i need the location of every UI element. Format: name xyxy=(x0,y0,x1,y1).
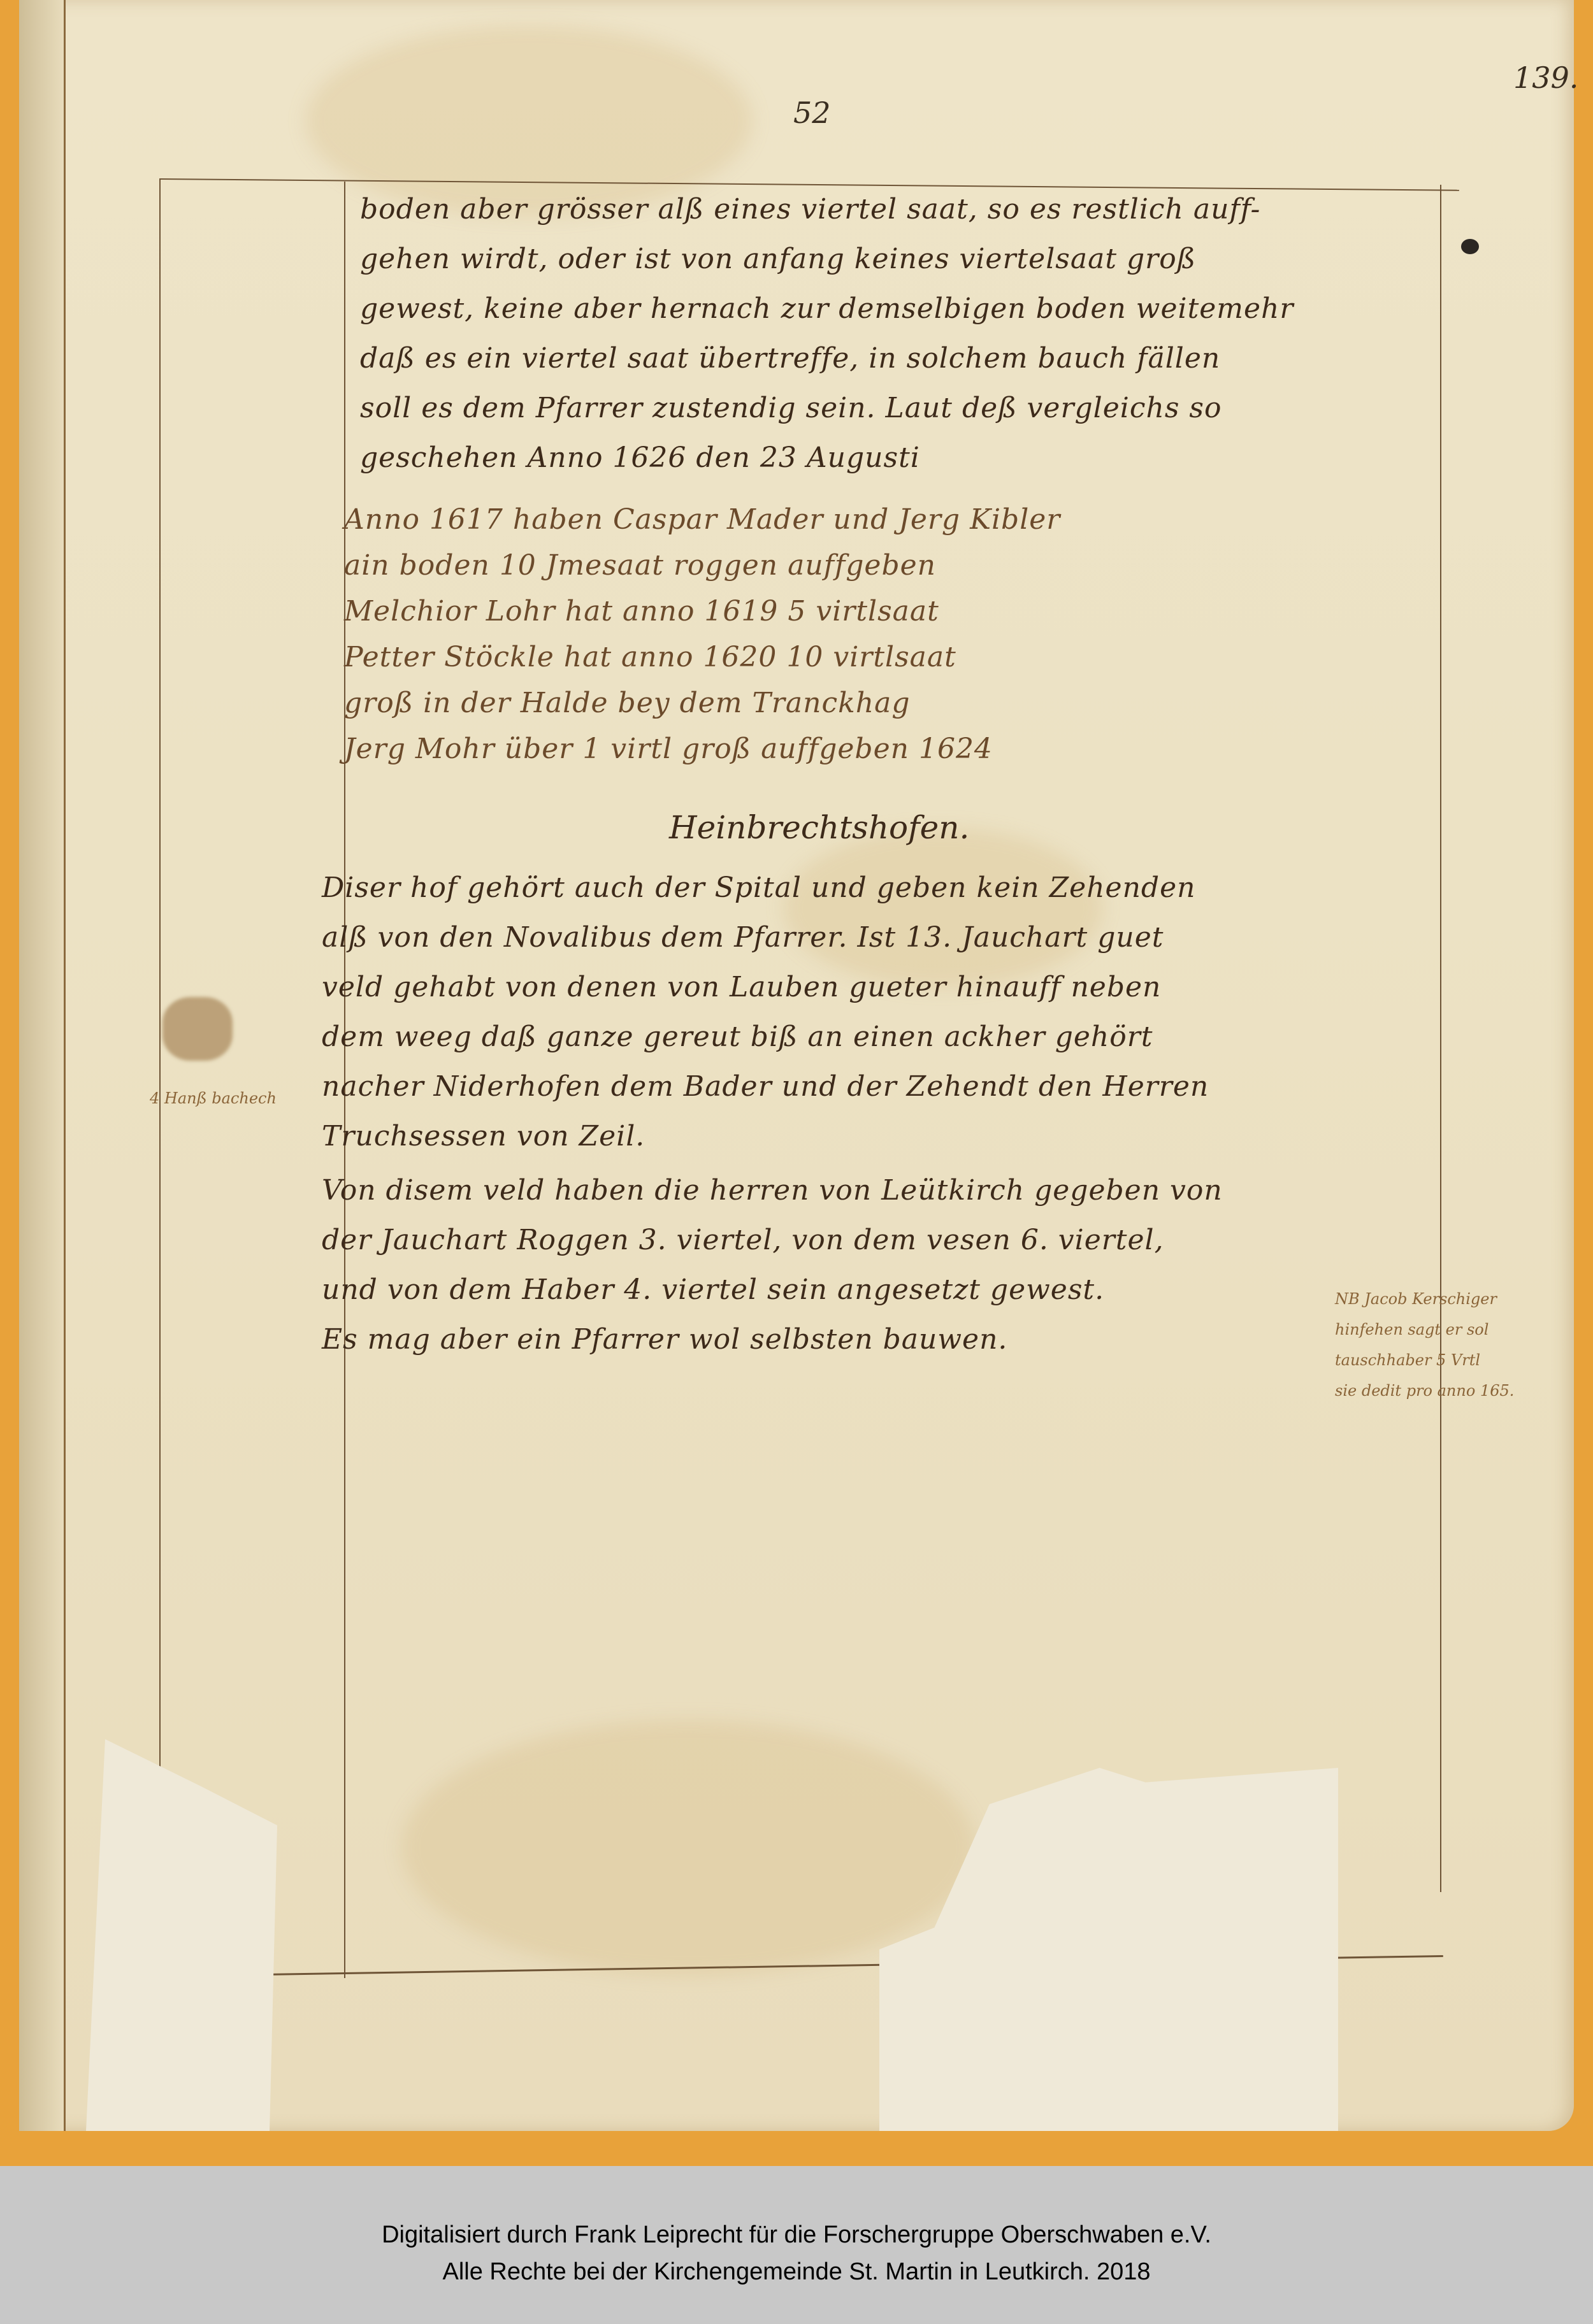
text-line: und von dem Haber 4. viertel sein angese… xyxy=(322,1265,1223,1315)
paper-repair-patch xyxy=(86,1739,277,2131)
text-line: soll es dem Pfarrer zustendig sein. Laut… xyxy=(360,384,1294,433)
text-block-3: Diser hof gehört auch der Spital und geb… xyxy=(322,863,1209,1161)
text-line: der Jauchart Roggen 3. viertel, von dem … xyxy=(322,1216,1223,1265)
text-line: dem weeg daß ganze gereut biß an einen a… xyxy=(322,1012,1209,1062)
ruled-line-outer-left xyxy=(159,178,161,1975)
text-line: ain boden 10 Jmesaat roggen auffgeben xyxy=(344,543,1060,589)
text-line: Anno 1617 haben Caspar Mader und Jerg Ki… xyxy=(344,497,1060,543)
text-line: alß von den Novalibus dem Pfarrer. Ist 1… xyxy=(322,913,1209,963)
text-line: Melchior Lohr hat anno 1619 5 virtlsaat xyxy=(344,589,1060,635)
text-line: Petter Stöckle hat anno 1620 10 virtlsaa… xyxy=(344,635,1060,680)
text-line: veld gehabt von denen von Lauben gueter … xyxy=(322,963,1209,1012)
margin-line: hinfehen sagt er sol xyxy=(1335,1314,1514,1345)
margin-line: sie dedit pro anno 165. xyxy=(1335,1375,1514,1406)
footer-line-rights: Alle Rechte bei der Kirchengemeinde St. … xyxy=(0,2258,1593,2286)
ink-blot xyxy=(1461,239,1479,254)
text-line: groß in der Halde bey dem Tranckhag xyxy=(344,680,1060,726)
margin-line: NB Jacob Kerschiger xyxy=(1335,1284,1514,1314)
text-block-2: Anno 1617 haben Caspar Mader und Jerg Ki… xyxy=(344,497,1060,772)
text-block-4: Von disem veld haben die herren von Leüt… xyxy=(322,1166,1223,1365)
text-line: Es mag aber ein Pfarrer wol selbsten bau… xyxy=(322,1315,1223,1365)
binding-edge xyxy=(19,0,66,2131)
footer-line-digitized: Digitalisiert durch Frank Leiprecht für … xyxy=(0,2221,1593,2249)
text-line: nacher Niderhofen dem Bader und der Zehe… xyxy=(322,1062,1209,1112)
text-line: gehen wirdt, oder ist von anfang keines … xyxy=(360,234,1294,284)
text-line: geschehen Anno 1626 den 23 Augusti xyxy=(360,433,1294,483)
margin-line: tauschhaber 5 Vrtl xyxy=(1335,1345,1514,1375)
ruled-line-right xyxy=(1440,185,1441,1892)
manuscript-page: 52 139. boden aber grösser alß eines vie… xyxy=(19,0,1574,2131)
text-line: Truchsessen von Zeil. xyxy=(322,1112,1209,1161)
ink-smudge xyxy=(162,997,233,1061)
text-block-1: boden aber grösser alß eines viertel saa… xyxy=(360,185,1294,483)
folio-left-marker: 52 xyxy=(793,96,831,130)
left-margin-note: 4 Hanß bachech xyxy=(150,1083,277,1114)
text-line: Diser hof gehört auch der Spital und geb… xyxy=(322,863,1209,913)
attribution-footer: Digitalisiert durch Frank Leiprecht für … xyxy=(0,2166,1593,2324)
text-line: boden aber grösser alß eines viertel saa… xyxy=(360,185,1294,234)
text-line: daß es ein viertel saat übertreffe, in s… xyxy=(360,334,1294,384)
text-line: Jerg Mohr über 1 virtl groß auffgeben 16… xyxy=(344,726,1060,772)
section-heading: Heinbrechtshofen. xyxy=(669,809,969,846)
right-margin-note: NB Jacob Kerschiger hinfehen sagt er sol… xyxy=(1335,1284,1514,1406)
paper-stain xyxy=(401,1720,975,1975)
manuscript-scan: 52 139. boden aber grösser alß eines vie… xyxy=(0,0,1593,2166)
folio-number: 139. xyxy=(1513,61,1578,95)
text-line: gewest, keine aber hernach zur demselbig… xyxy=(360,284,1294,334)
text-line: Von disem veld haben die herren von Leüt… xyxy=(322,1166,1223,1216)
